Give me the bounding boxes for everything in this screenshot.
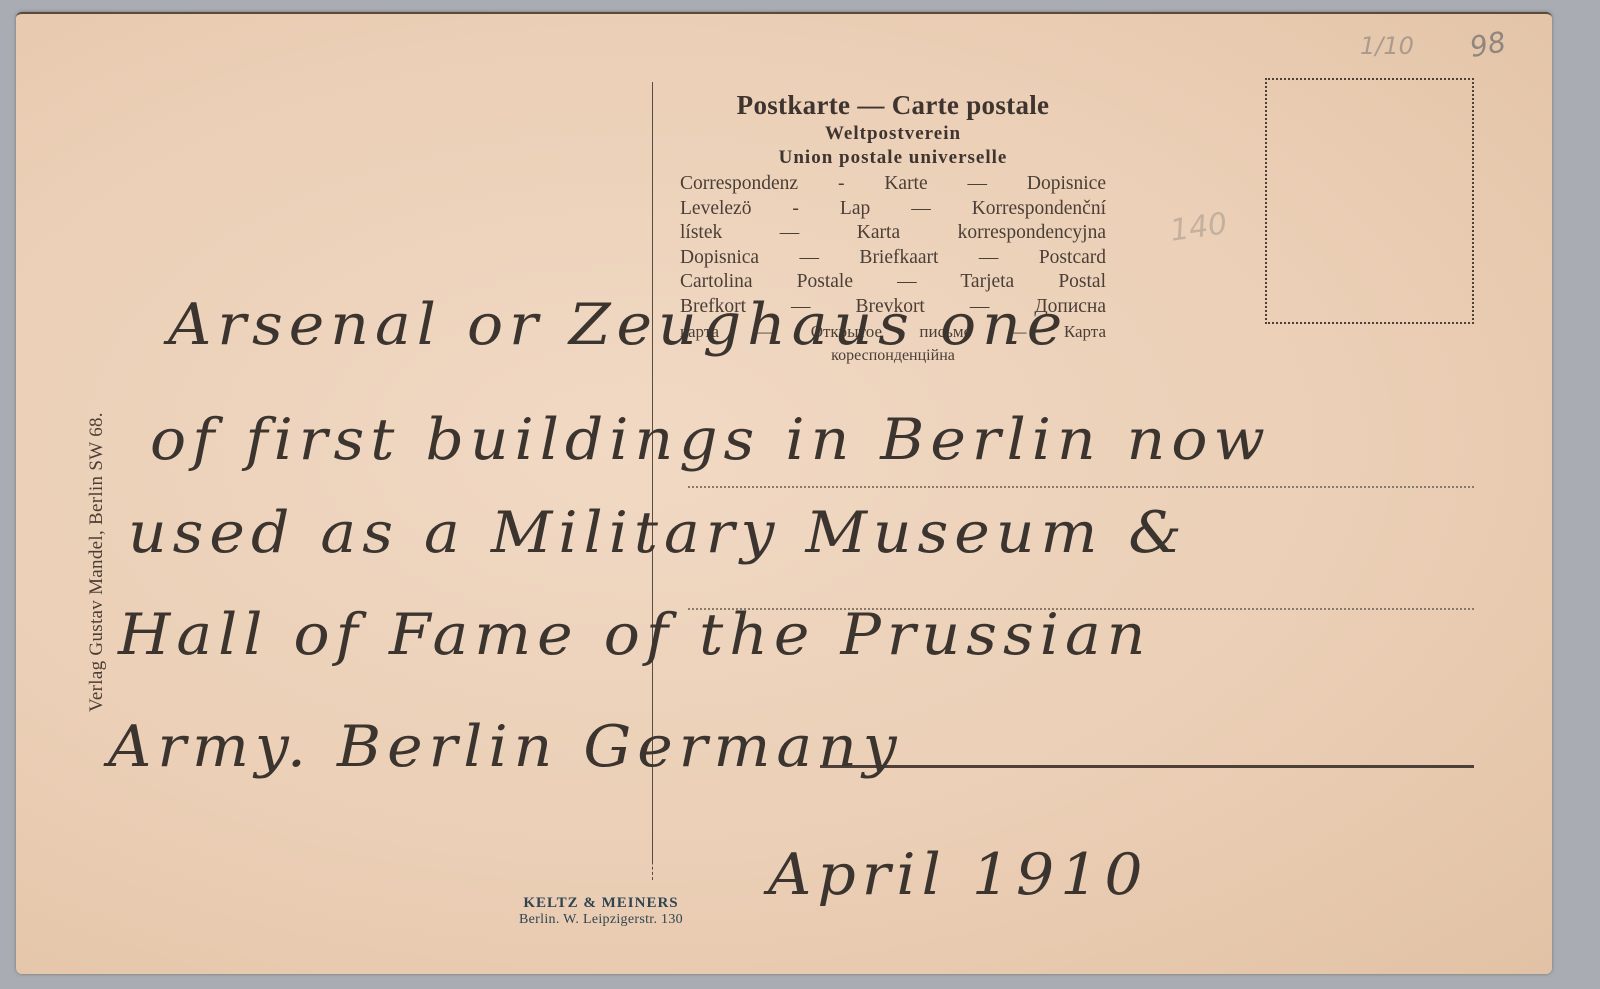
center-divider-dashed <box>652 820 653 880</box>
publisher-imprint: Verlag Gustav Mandel, Berlin SW 68. <box>86 412 108 712</box>
header-subtitle-upu: Weltpostverein <box>680 122 1106 146</box>
handwritten-line: Arsenal or Zeughaus one <box>168 292 1068 359</box>
header-title: Postkarte — Carte postale <box>680 88 1106 122</box>
handwritten-line: Hall of Fame of the Prussian <box>118 602 1151 669</box>
language-line: Correspondenz - Karte — Dopisnice <box>680 172 1106 197</box>
printer-address: Berlin. W. Leipzigerstr. 130 <box>466 912 736 928</box>
handwritten-line: of first buildings in Berlin now <box>150 407 1271 474</box>
pencil-note-price: 98 <box>1467 25 1508 64</box>
language-line: lístek — Karta korrespondencyjna <box>680 221 1106 246</box>
address-line-solid <box>820 765 1474 768</box>
address-line <box>688 486 1474 488</box>
stamp-placeholder-box <box>1265 78 1474 324</box>
printer-stamp: KELTZ & MEINERS Berlin. W. Leipzigerstr.… <box>466 895 736 928</box>
handwritten-line: used as a Military Museum & <box>128 500 1188 567</box>
handwritten-date: April 1910 <box>768 842 1149 909</box>
language-line: Dopisnica — Briefkaart — Postcard <box>680 246 1106 271</box>
pencil-note-fraction: 1/10 <box>1360 32 1414 60</box>
header-subtitle-union: Union postale universelle <box>680 146 1106 170</box>
handwritten-line: Army. Berlin Germany <box>108 714 903 781</box>
printer-name: KELTZ & MEINERS <box>466 895 736 912</box>
language-line: Levelezö - Lap — Korrespondenční <box>680 197 1106 222</box>
